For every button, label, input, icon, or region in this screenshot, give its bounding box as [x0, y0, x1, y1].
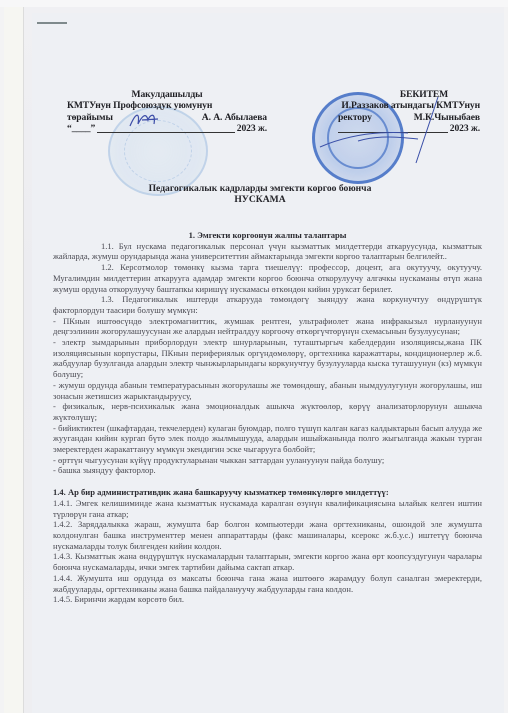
bullet-item: - ПКнын иштөөсүндө электромагниттик, жум… — [53, 316, 482, 337]
bullet-item: - жумуш ордунда абанын температурасынын … — [53, 380, 482, 401]
bullet-item: - бийиктиктен (шкафтардан, текчелерден) … — [53, 423, 482, 455]
page-left-margin-strip — [4, 7, 24, 713]
approval-date-quote: “____” — [67, 123, 95, 134]
bullet-item: - физикалык, нерв-психикалык жана эмоцио… — [53, 401, 482, 422]
bullet-item: - өрттүн чыгуусунан күйүү продуктуларына… — [53, 455, 482, 466]
list-item: 1.4.5. Биринчи жардам көрсөтө бил. — [53, 594, 482, 605]
bullet-item: - башка зыяндуу факторлор. — [53, 465, 482, 476]
list-item: 1.4.3. Кызматтык жана өндүрүштүк нускама… — [53, 551, 482, 572]
scan-mark-dash — [37, 22, 67, 24]
viewer-top-bar — [0, 0, 508, 7]
title-line-1: Педагогикалык кадрларды эмгекти коргоо б… — [100, 183, 420, 194]
paragraph-1-2: 1.2. Керсотмолор төмөнкү кызма тарга тие… — [53, 262, 482, 294]
paragraph-1-3: 1.3. Педагогикалык иштерди аткарууда төм… — [53, 294, 482, 315]
bullet-item: - электр зымдарынын приборлордун электр … — [53, 337, 482, 380]
approval-name: А. А. Абылаева — [202, 112, 267, 123]
approval-role: төрайымы — [67, 112, 113, 123]
title-line-2: НУСКАМА — [100, 194, 420, 205]
paragraph-1-1: 1.1. Бул нускама педагогикалык персонал … — [53, 241, 482, 262]
list-item: 1.4.1. Эмгек келишиминде жана кызматтык … — [53, 498, 482, 519]
list-item: 1.4.4. Жумушта иш ордунда өз максаты бою… — [53, 573, 482, 594]
signature-left-icon — [128, 110, 168, 128]
approval-heading: Макулдашылды — [67, 89, 267, 100]
approval-year: 2023 ж. — [237, 123, 267, 134]
subsection-heading: 1.4. Ар бир административдик жана башкар… — [53, 487, 482, 498]
list-item: 1.4.2. Заряддалыкка жараш, жумушта бар б… — [53, 519, 482, 551]
signature-right-icon — [318, 95, 458, 165]
document-title: Педагогикалык кадрларды эмгекти коргоо б… — [100, 183, 420, 205]
section-heading: 1. Эмгекти коргоонун жалпы талаптары — [53, 230, 482, 241]
document-body: 1. Эмгекти коргоонун жалпы талаптары 1.1… — [53, 230, 482, 605]
